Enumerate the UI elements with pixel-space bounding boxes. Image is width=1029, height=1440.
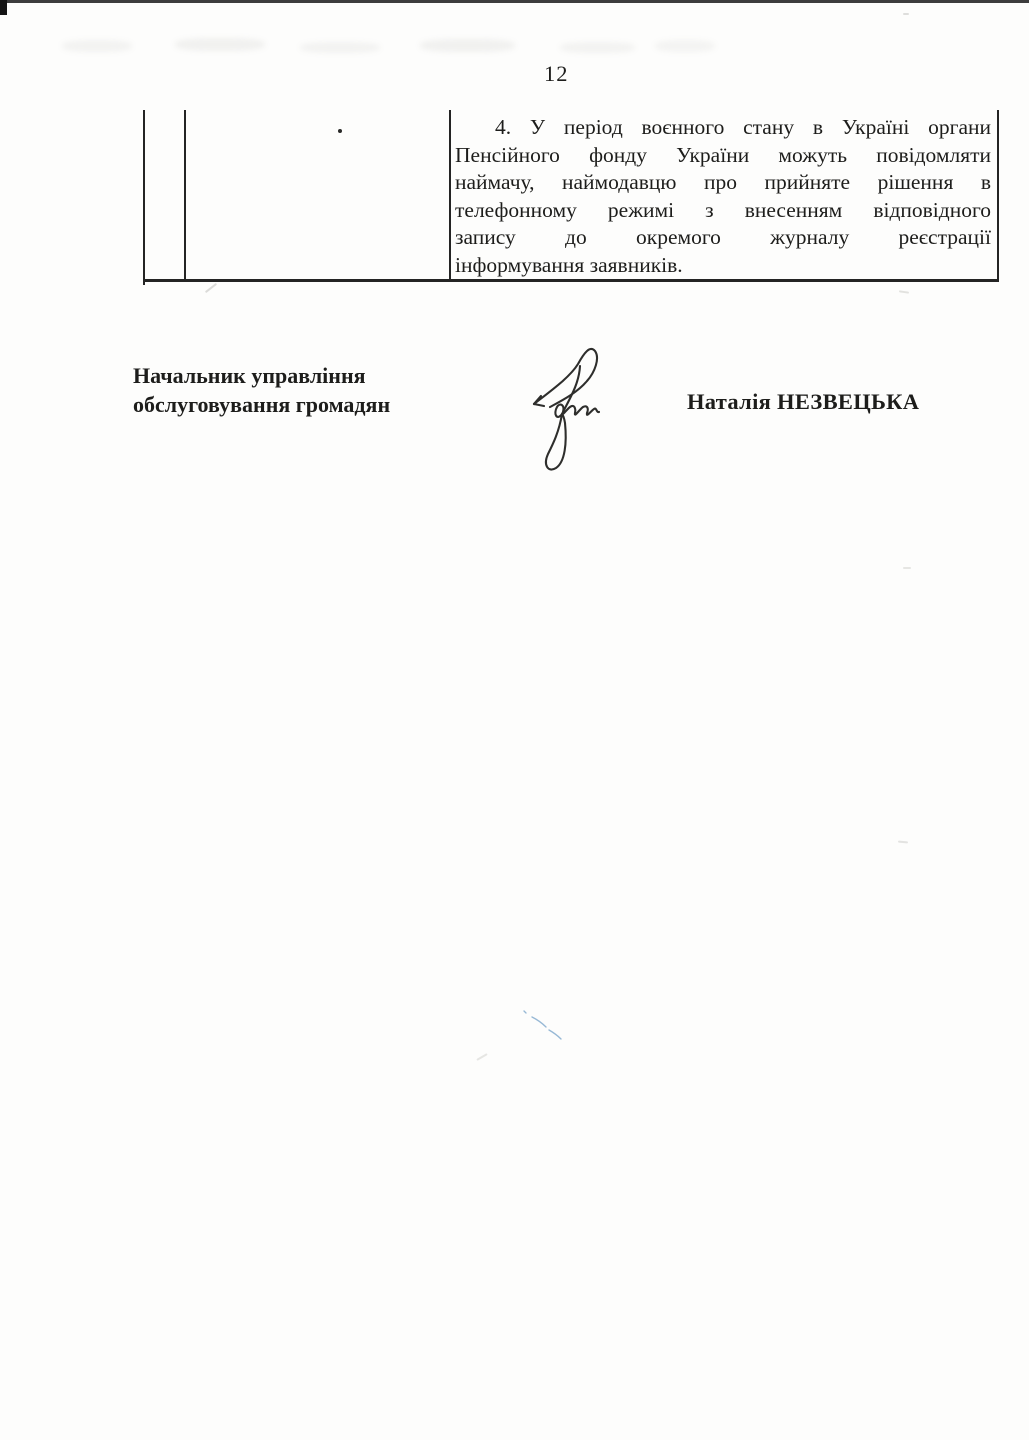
bleedthrough-smudge [560,42,635,53]
stray-dot [338,129,342,133]
table-fragment: 4. У період воєнного стану в Україні орг… [143,110,999,282]
paragraph-line: 4. У період воєнного стану в Україні орг… [455,114,991,142]
bleedthrough-smudge [420,39,515,52]
signatory-title: Начальник управління обслуговування гром… [133,362,390,419]
table-border-left [143,110,145,285]
document-page: 12 4. У період воєнного стану в Україні … [0,0,1029,1440]
signatory-name: Наталія НЕЗВЕЦЬКА [687,389,919,415]
bleedthrough-smudge [300,42,380,53]
paragraph-line: телефонному режимі з внесенням відповідн… [455,197,991,225]
bleedthrough-smudge [175,38,265,51]
table-border-right [997,110,999,279]
signature-icon [504,340,636,482]
paragraph-line: наймачу, наймодавцю про прийняте рішення… [455,169,991,197]
scan-speck [476,1053,487,1061]
scan-speck [899,290,909,293]
page-number: 12 [544,61,569,87]
scan-speck [898,840,908,843]
table-cell-paragraph: 4. У період воєнного стану в Україні орг… [455,114,991,280]
paragraph-line: Пенсійного фонду України можуть повідомл… [455,142,991,170]
paragraph-line: інформування заявників. [455,252,991,280]
table-border-col3 [449,110,451,279]
scan-artifact-top-line [0,0,1029,3]
table-border-col2 [184,110,186,279]
bleedthrough-smudge [655,40,715,52]
scan-speck [903,567,911,569]
scan-artifact-corner [0,0,7,15]
scan-speck [205,283,217,293]
paragraph-line: запису до окремого журналу реєстрації [455,224,991,252]
signatory-title-line1: Начальник управління [133,362,390,391]
blue-pen-mark-icon [516,1005,580,1049]
signatory-title-line2: обслуговування громадян [133,391,390,420]
scan-speck [903,13,909,15]
bleedthrough-smudge [62,40,132,52]
